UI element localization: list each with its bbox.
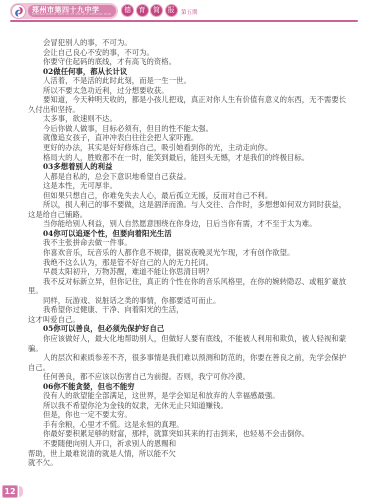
body-line: 就不欠。	[28, 458, 350, 468]
body-line: 所以我不希望你沦为金钱的奴隶，无休无止只知道赚钱。	[28, 401, 350, 411]
body-line: 久付出和坚持。	[28, 105, 350, 115]
section-heading: 05你可以善良，但必须先保护好自己	[28, 324, 350, 334]
body-line: 格局大的人，胜败都不在一时，能笑到最后，能回头无憾，才是我们的终极目标。	[28, 153, 350, 163]
body-line: 你最好要积累足够的财富，那样，就算突如其来的打击到来，也轻易不会击倒你。	[28, 429, 350, 439]
issue-badges: 德育简报	[121, 4, 178, 17]
body-line: 就像追女孩子，直冲冲表白往往会把人家吓跑。	[28, 133, 350, 143]
header-divider	[10, 20, 358, 22]
body-line: 早晨太阳初升，万物苏醒，难道不能让你思清目明？	[28, 267, 350, 277]
section-heading: 06你不能贪婪，但也不能穷	[28, 382, 350, 392]
page-footer: 12	[2, 485, 23, 498]
issue-badge: 报	[165, 4, 178, 17]
body-line: 当你能给别人利益，别人自然愿意围绕在你身边，日后当你有需，才不至于太为难。	[28, 219, 350, 229]
body-line: 但如果只想自己，你难免失去人心，最后孤立无援，反而对自己不利。	[28, 191, 350, 201]
body-line: 但是，你也一定不要太穷。	[28, 410, 350, 420]
body-line: 任何善良，都不应该以伤害自己为前提。否则，我宁可你冷漠。	[28, 372, 350, 382]
section-heading: 04你可以追逐个性，但要向着阳光生活	[28, 229, 350, 239]
section-heading: 03多想着别人的利益	[28, 162, 350, 172]
body-line: 我绝不这么认为，那是管不好自己的人的无力托词。	[28, 258, 350, 268]
body-line: 同样，玩游戏、说脏话之类的事情，你都要适可而止。	[28, 296, 350, 306]
body-line: 骗。	[28, 344, 350, 354]
body-line: 更好的办法，其实是好好修炼自己，吸引她看到你的光，主动走向你。	[28, 143, 350, 153]
school-banner: 郑州市第四十九中学 ZHENG ZHOU SHI DI SI SHI JIU Z…	[10, 3, 118, 19]
body-line: 手有余粮，心里才不慌。这是永恒的真理。	[28, 420, 350, 430]
document-page: { "header": { "school_name": "郑州市第四十九中学"…	[0, 0, 368, 500]
body-line: 所以不要太急功近利，过分想要收获。	[28, 86, 350, 96]
body-line: 这是本性，无可厚非。	[28, 181, 350, 191]
page-number-accent	[19, 486, 23, 497]
body-line: 帮助，世上最难说清的就是人情，所以能不欠	[28, 449, 350, 459]
issue-badge: 简	[150, 4, 163, 17]
body-line: 这是给自己铺路。	[28, 210, 350, 220]
body-line: 你要守住起码的底线，才有高飞的资格。	[28, 57, 350, 67]
page-header: 郑州市第四十九中学 ZHENG ZHOU SHI DI SI SHI JIU Z…	[0, 0, 368, 22]
body-line: 要知道，今天种明天收的，都是小孩儿把戏，真正对你人生有价值有意义的东西，无不需要…	[28, 95, 350, 105]
section-heading: 02做任何事，都从长计议	[28, 67, 350, 77]
body-line: 今后你做人做事，目标必须有，但目的性不能太强。	[28, 124, 350, 134]
body-line: 自己。	[28, 363, 350, 373]
body-line: 所以，损人利己的事不要做，这是涸泽而渔。与人交往、合作时，多想想如何双方同时获益…	[28, 200, 350, 210]
body-line: 里。	[28, 286, 350, 296]
body-line: 你应该做好人，最大化地帮助别人，但做好人要有底线，不能被人利用和欺负，被人轻视和…	[28, 334, 350, 344]
school-pinyin: ZHENG ZHOU SHI DI SI SHI JIU ZHONG XUE	[32, 13, 111, 17]
body-line: 没有人的欲望能全部满足，这世界，是学会知足和放弃的人幸福感最强。	[28, 391, 350, 401]
school-name-pill: 郑州市第四十九中学 ZHENG ZHOU SHI DI SI SHI JIU Z…	[28, 5, 116, 18]
body-line: 人都是自私的，总会下意识地希望自己获益。	[28, 172, 350, 182]
body-line: 太多事，欲速则不达。	[28, 114, 350, 124]
body-line: 这才叫爱自己。	[28, 315, 350, 325]
body-line: 我不反对标新立异，但你记住，真正的个性在你的音乐风格里，在你的婉转隐忍、或粗犷豪…	[28, 277, 350, 287]
document-body: 会冒犯别人的事，不可为。会让自己良心不安的事，不可为。你要守住起码的底线，才有高…	[28, 38, 350, 468]
body-line: 人的层次和素质参差不齐，很多事情是我们难以预测和防范的，你要在善良之前，先学会保…	[28, 353, 350, 363]
body-line: 人活着，不是活的此时此刻，而是一生一世。	[28, 76, 350, 86]
body-line: 会冒犯别人的事，不可为。	[28, 38, 350, 48]
body-line: 我不主张拼命去做一件事。	[28, 238, 350, 248]
issue-number-label: 第五期	[181, 10, 198, 16]
school-logo-icon	[11, 4, 26, 19]
body-line: 会让自己良心不安的事，不可为。	[28, 48, 350, 58]
issue-badge: 德	[121, 4, 134, 17]
body-line: 不要随便向别人开口，祈求别人的恩赐和	[28, 439, 350, 449]
body-line: 我希望你过健康、干净、向着阳光的生活，	[28, 305, 350, 315]
page-number-badge: 12	[2, 485, 18, 498]
issue-badge: 育	[136, 4, 149, 17]
body-line: 你喜欢音乐，玩音乐的人都作息不规律，据说夜晚灵光乍现，才有创作欲望。	[28, 248, 350, 258]
